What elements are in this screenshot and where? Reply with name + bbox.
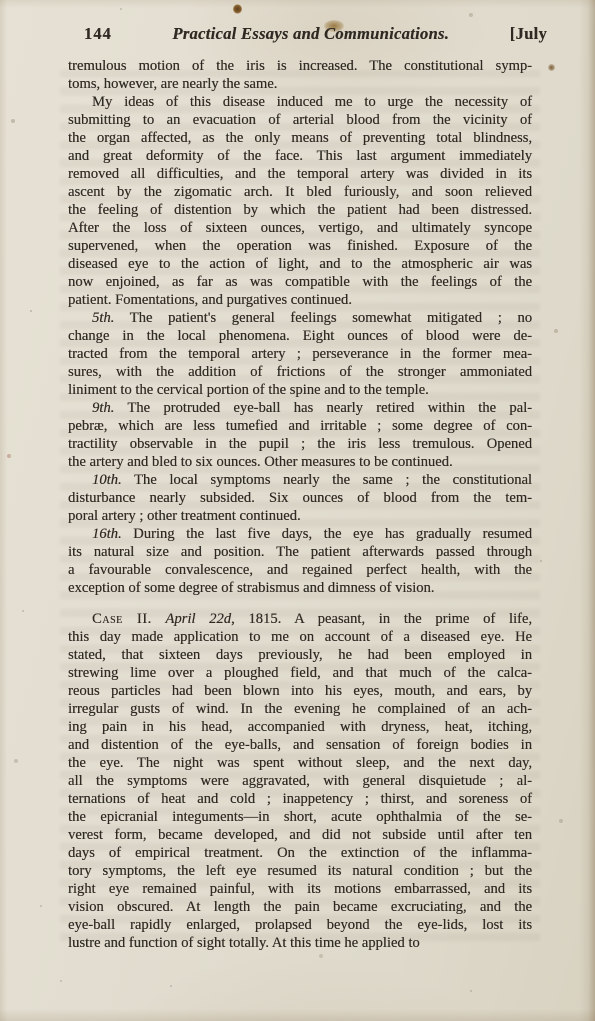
italic-run: April 22d	[165, 611, 231, 627]
text-line: 16th. During the last five days, the eye…	[68, 525, 532, 543]
text-run: The protruded eye-ball has nearly retire…	[114, 400, 532, 416]
text-line: the eye. The night was spent without sle…	[68, 754, 532, 772]
paper-speckles	[0, 0, 2, 2]
text-line: toms, however, are nearly the same.	[68, 75, 532, 93]
text-line: strewing lime over a ploughed field, and…	[68, 664, 532, 682]
text-line: change in the local phenomena. Eight oun…	[68, 327, 532, 345]
paragraph: 5th. The patient's general feelings some…	[68, 309, 532, 399]
paragraph: 10th. The local symptoms nearly the same…	[68, 471, 532, 525]
text-line: pebræ, which are less tumefied and irrit…	[68, 417, 532, 435]
text-line: stated, that sixteen days previously, he…	[68, 646, 532, 664]
page-body: tremulous motion of the iris is increase…	[68, 57, 532, 952]
text-line: submitting to an evacuation of arterial …	[68, 111, 532, 129]
text-line: exception of some degree of strabismus a…	[68, 579, 532, 597]
text-line: After the loss of sixteen ounces, vertig…	[68, 219, 532, 237]
paragraph: 16th. During the last five days, the eye…	[68, 525, 532, 597]
text-line: all the symptoms were aggravated, with g…	[68, 772, 532, 790]
text-line: lustre and function of sight totally. At…	[68, 934, 532, 952]
text-line: vision obscured. At length the pain beca…	[68, 898, 532, 916]
scanned-page: 144 Practical Essays and Communications.…	[0, 0, 595, 1021]
text-line: diseased eye to the action of light, and…	[68, 255, 532, 273]
text-line: the feeling of distention by which the p…	[68, 201, 532, 219]
text-line: tractility observable in the pupil ; the…	[68, 435, 532, 453]
text-run: The local symptoms nearly the same ; the…	[122, 472, 532, 488]
text-line: tory symptoms, the left eye resumed its …	[68, 862, 532, 880]
text-line: days of empirical treatment. On the exti…	[68, 844, 532, 862]
page-number: 144	[68, 24, 112, 44]
foxing-stain	[233, 4, 242, 14]
text-line: 9th. The protruded eye-ball has nearly r…	[68, 399, 532, 417]
text-line: sures, with the addition of frictions of…	[68, 363, 532, 381]
text-line: 5th. The patient's general feelings some…	[68, 309, 532, 327]
text-line: Case II. April 22d, 1815. A peasant, in …	[68, 610, 532, 628]
italic-run: 5th.	[92, 310, 114, 326]
text-line: patient. Fomentations, and purgatives co…	[68, 291, 532, 309]
text-line: right eye remained painful, with its mot…	[68, 880, 532, 898]
text-line: disturbance nearly subsided. Six ounces …	[68, 489, 532, 507]
text-line: liniment to the cervical portion of the …	[68, 381, 532, 399]
issue-month-label: [July	[510, 24, 547, 44]
text-line: a favourable convalescence, and regained…	[68, 561, 532, 579]
text-line: the artery and bled to six ounces. Other…	[68, 453, 532, 471]
text-line: ascent by the zigomatic arch. It bled fu…	[68, 183, 532, 201]
text-line: the organ affected, as the only means of…	[68, 129, 532, 147]
text-line: ternations of heat and cold ; inappetenc…	[68, 790, 532, 808]
text-run: , 1815. A peasant, in the prime of life,	[231, 611, 532, 627]
text-line: this day made application to me on accou…	[68, 628, 532, 646]
running-header: 144 Practical Essays and Communications.…	[68, 24, 547, 44]
text-line: tremulous motion of the iris is increase…	[68, 57, 532, 75]
text-line: eye-ball rapidly enlarged, prolapsed bey…	[68, 916, 532, 934]
text-line: ing pain in his head, accompanied with d…	[68, 718, 532, 736]
text-line: reous particles had been blown into his …	[68, 682, 532, 700]
text-run	[152, 611, 166, 627]
text-line: and great deformity of the face. This la…	[68, 147, 532, 165]
case-heading: Case II.	[92, 611, 152, 627]
text-line: irregular gusts of wind. In the evening …	[68, 700, 532, 718]
paragraph: tremulous motion of the iris is increase…	[68, 57, 532, 93]
italic-run: 10th.	[92, 472, 122, 488]
text-run: During the last five days, the eye has g…	[122, 526, 532, 542]
paragraph: 9th. The protruded eye-ball has nearly r…	[68, 399, 532, 471]
paragraph: Case II. April 22d, 1815. A peasant, in …	[68, 610, 532, 952]
text-line: its natural size and position. The patie…	[68, 543, 532, 561]
text-line: and distention of the eye-balls, and sen…	[68, 736, 532, 754]
text-line: tracted from the temporal artery ; perse…	[68, 345, 532, 363]
journal-title: Practical Essays and Communications.	[172, 24, 449, 44]
italic-run: 16th.	[92, 526, 122, 542]
text-run: The patient's general feelings somewhat …	[114, 310, 532, 326]
text-line: 10th. The local symptoms nearly the same…	[68, 471, 532, 489]
text-line: removed all difficulties, and the tempor…	[68, 165, 532, 183]
text-line: verest form, became developed, and did n…	[68, 826, 532, 844]
paragraph: My ideas of this disease induced me to u…	[68, 93, 532, 309]
text-line: the epicranial integuments—in short, acu…	[68, 808, 532, 826]
text-line: supervened, when the operation was finis…	[68, 237, 532, 255]
text-line: My ideas of this disease induced me to u…	[68, 93, 532, 111]
foxing-stain	[548, 64, 555, 71]
text-line: poral artery ; other treatment continued…	[68, 507, 532, 525]
italic-run: 9th.	[92, 400, 114, 416]
text-line: now enjoined, as far as was compatible w…	[68, 273, 532, 291]
